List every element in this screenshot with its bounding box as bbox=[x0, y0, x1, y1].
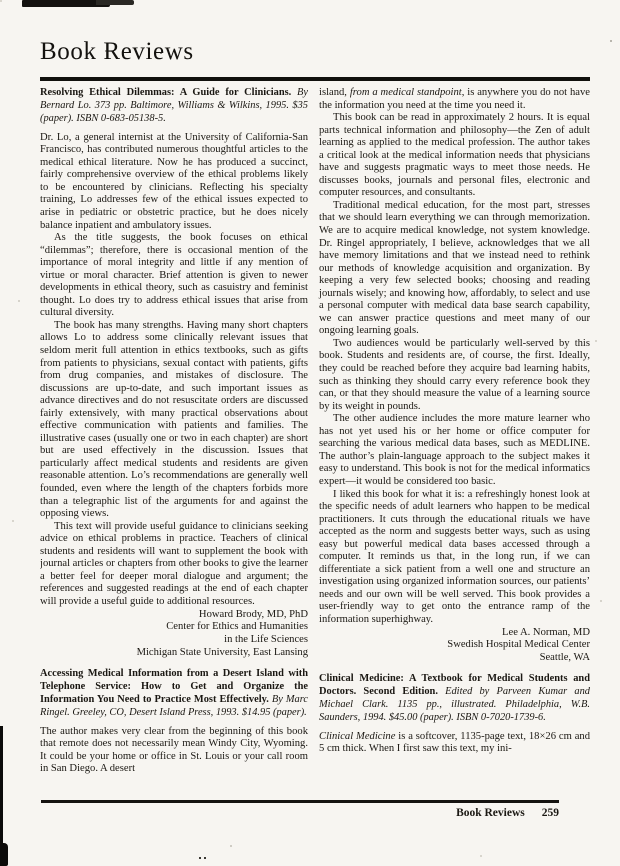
review2-heading: Accessing Medical Information from a Des… bbox=[40, 668, 308, 720]
scan-edge-blob bbox=[0, 843, 8, 866]
review2-paragraph-5: The other audience includes the more mat… bbox=[319, 413, 590, 488]
reviewer-affiliation-line2: in the Life Sciences bbox=[40, 634, 308, 647]
review3-heading: Clinical Medicine: A Textbook for Medica… bbox=[319, 673, 590, 725]
review1-paragraph-3: The book has many strengths. Having many… bbox=[40, 320, 308, 521]
reviewer-name: Lee A. Norman, MD bbox=[319, 627, 590, 640]
review2-paragraph-2: This book can be read in approximately 2… bbox=[319, 112, 590, 200]
review2-paragraph-3: Traditional medical education, for the m… bbox=[319, 200, 590, 338]
review2-title: Accessing Medical Information from a Des… bbox=[40, 668, 308, 705]
reviewer-institution: Michigan State University, East Lansing bbox=[40, 647, 308, 660]
scan-noise bbox=[0, 0, 2, 2]
review2-paragraph-1-col1: The author makes very clear from the beg… bbox=[40, 726, 308, 776]
review1-paragraph-4: This text will provide useful guidance t… bbox=[40, 521, 308, 609]
paragraph-segment-italic: from a medical standpoint bbox=[350, 87, 462, 98]
reviewer-name: Howard Brody, MD, PhD bbox=[40, 609, 308, 622]
text-columns: Resolving Ethical Dilemmas: A Guide for … bbox=[40, 87, 590, 798]
reviewer-location: Seattle, WA bbox=[319, 652, 590, 665]
paragraph-segment: island, bbox=[319, 87, 350, 98]
page-number: 259 bbox=[542, 807, 559, 819]
review1-paragraph-1: Dr. Lo, a general internist at the Unive… bbox=[40, 132, 308, 232]
review1-heading: Resolving Ethical Dilemmas: A Guide for … bbox=[40, 87, 308, 126]
page-footer: Book Reviews259 bbox=[40, 807, 559, 819]
review2-paragraph-1-col2: island, from a medical standpoint, is an… bbox=[319, 87, 590, 112]
review2-paragraph-6: I liked this book for what it is: a refr… bbox=[319, 489, 590, 627]
reviewer-affiliation: Swedish Hospital Medical Center bbox=[319, 639, 590, 652]
review2-paragraph-4: Two audiences would be particularly well… bbox=[319, 338, 590, 413]
right-column: island, from a medical standpoint, is an… bbox=[319, 87, 590, 798]
review1-signature: Howard Brody, MD, PhD Center for Ethics … bbox=[40, 609, 308, 661]
review2-signature: Lee A. Norman, MD Swedish Hospital Medic… bbox=[319, 627, 590, 666]
title-rule bbox=[40, 77, 590, 81]
left-column: Resolving Ethical Dilemmas: A Guide for … bbox=[40, 87, 308, 798]
review1-paragraph-2: As the title suggests, the book focuses … bbox=[40, 232, 308, 320]
reviewer-affiliation-line1: Center for Ethics and Humanities bbox=[40, 621, 308, 634]
footer-rule bbox=[41, 800, 559, 803]
review3-paragraph-1: Clinical Medicine is a softcover, 1135-p… bbox=[319, 731, 590, 756]
scan-smudge-top-light bbox=[96, 0, 134, 5]
scan-dots bbox=[199, 857, 201, 859]
review1-title: Resolving Ethical Dilemmas: A Guide for … bbox=[40, 87, 291, 98]
page-title: Book Reviews bbox=[40, 38, 194, 66]
scanned-page: Book Reviews Resolving Ethical Dilemmas:… bbox=[0, 0, 620, 866]
paragraph-segment-italic: Clinical Medicine bbox=[319, 731, 395, 742]
footer-section-label: Book Reviews bbox=[456, 807, 525, 819]
